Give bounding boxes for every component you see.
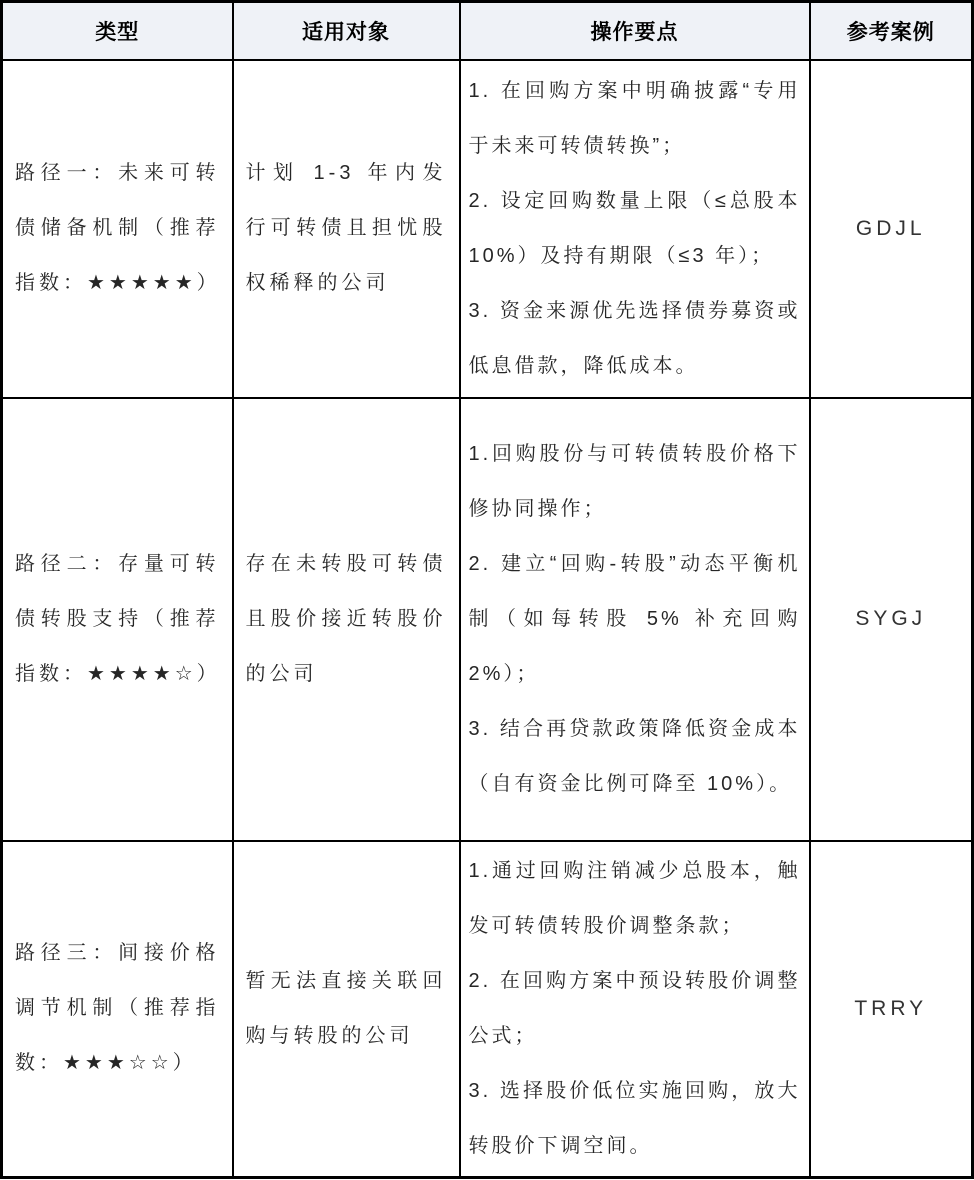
point-item: 3. 选择股价低位实施回购，放大转股价下调空间。 [469, 1064, 801, 1174]
point-item: 3. 资金来源优先选择债券募资或低息借款，降低成本。 [469, 284, 801, 394]
document-page: 类型 适用对象 操作要点 参考案例 路径一：未来可转债储备机制（推荐指数：★★★… [0, 0, 974, 1180]
path3-case-cell: TRRY [810, 841, 973, 1178]
paths-comparison-table: 类型 适用对象 操作要点 参考案例 路径一：未来可转债储备机制（推荐指数：★★★… [0, 0, 974, 1179]
col-header-target: 适用对象 [233, 2, 460, 60]
path1-case-cell: GDJL [810, 60, 973, 398]
table-row-path-3: 路径三：间接价格调节机制（推荐指数：★★★☆☆） 暂无法直接关联回购与转股的公司… [2, 841, 973, 1178]
path1-type-cell: 路径一：未来可转债储备机制（推荐指数：★★★★★） [2, 60, 233, 398]
point-item: 1.回购股份与可转债转股价格下修协同操作； [469, 427, 801, 537]
col-header-type: 类型 [2, 2, 233, 60]
point-item: 2. 在回购方案中预设转股价调整公式； [469, 954, 801, 1064]
path2-points-cell: 1.回购股份与可转债转股价格下修协同操作； 2. 建立“回购-转股”动态平衡机制… [460, 398, 810, 841]
path1-points-cell: 1. 在回购方案中明确披露“专用于未来可转债转换”； 2. 设定回购数量上限（≤… [460, 60, 810, 398]
table-row-path-2: 路径二：存量可转债转股支持（推荐指数：★★★★☆） 存在未转股可转债且股价接近转… [2, 398, 973, 841]
table-header-row: 类型 适用对象 操作要点 参考案例 [2, 2, 973, 60]
col-header-points: 操作要点 [460, 2, 810, 60]
point-item: 2. 建立“回购-转股”动态平衡机制（如每转股 5% 补充回购 2%）； [469, 537, 801, 702]
path2-target-cell: 存在未转股可转债且股价接近转股价的公司 [233, 398, 460, 841]
point-item: 1.通过回购注销减少总股本，触发可转债转股价调整条款； [469, 844, 801, 954]
path2-case-cell: SYGJ [810, 398, 973, 841]
path3-points-cell: 1.通过回购注销减少总股本，触发可转债转股价调整条款； 2. 在回购方案中预设转… [460, 841, 810, 1178]
path1-target-cell: 计划 1-3 年内发行可转债且担忧股权稀释的公司 [233, 60, 460, 398]
point-item: 1. 在回购方案中明确披露“专用于未来可转债转换”； [469, 64, 801, 174]
path3-target-cell: 暂无法直接关联回购与转股的公司 [233, 841, 460, 1178]
point-item: 2. 设定回购数量上限（≤总股本 10%）及持有期限（≤3 年）； [469, 174, 801, 284]
point-item: 3. 结合再贷款政策降低资金成本（自有资金比例可降至 10%）。 [469, 702, 801, 812]
table-row-path-1: 路径一：未来可转债储备机制（推荐指数：★★★★★） 计划 1-3 年内发行可转债… [2, 60, 973, 398]
col-header-case: 参考案例 [810, 2, 973, 60]
path2-type-cell: 路径二：存量可转债转股支持（推荐指数：★★★★☆） [2, 398, 233, 841]
path3-type-cell: 路径三：间接价格调节机制（推荐指数：★★★☆☆） [2, 841, 233, 1178]
